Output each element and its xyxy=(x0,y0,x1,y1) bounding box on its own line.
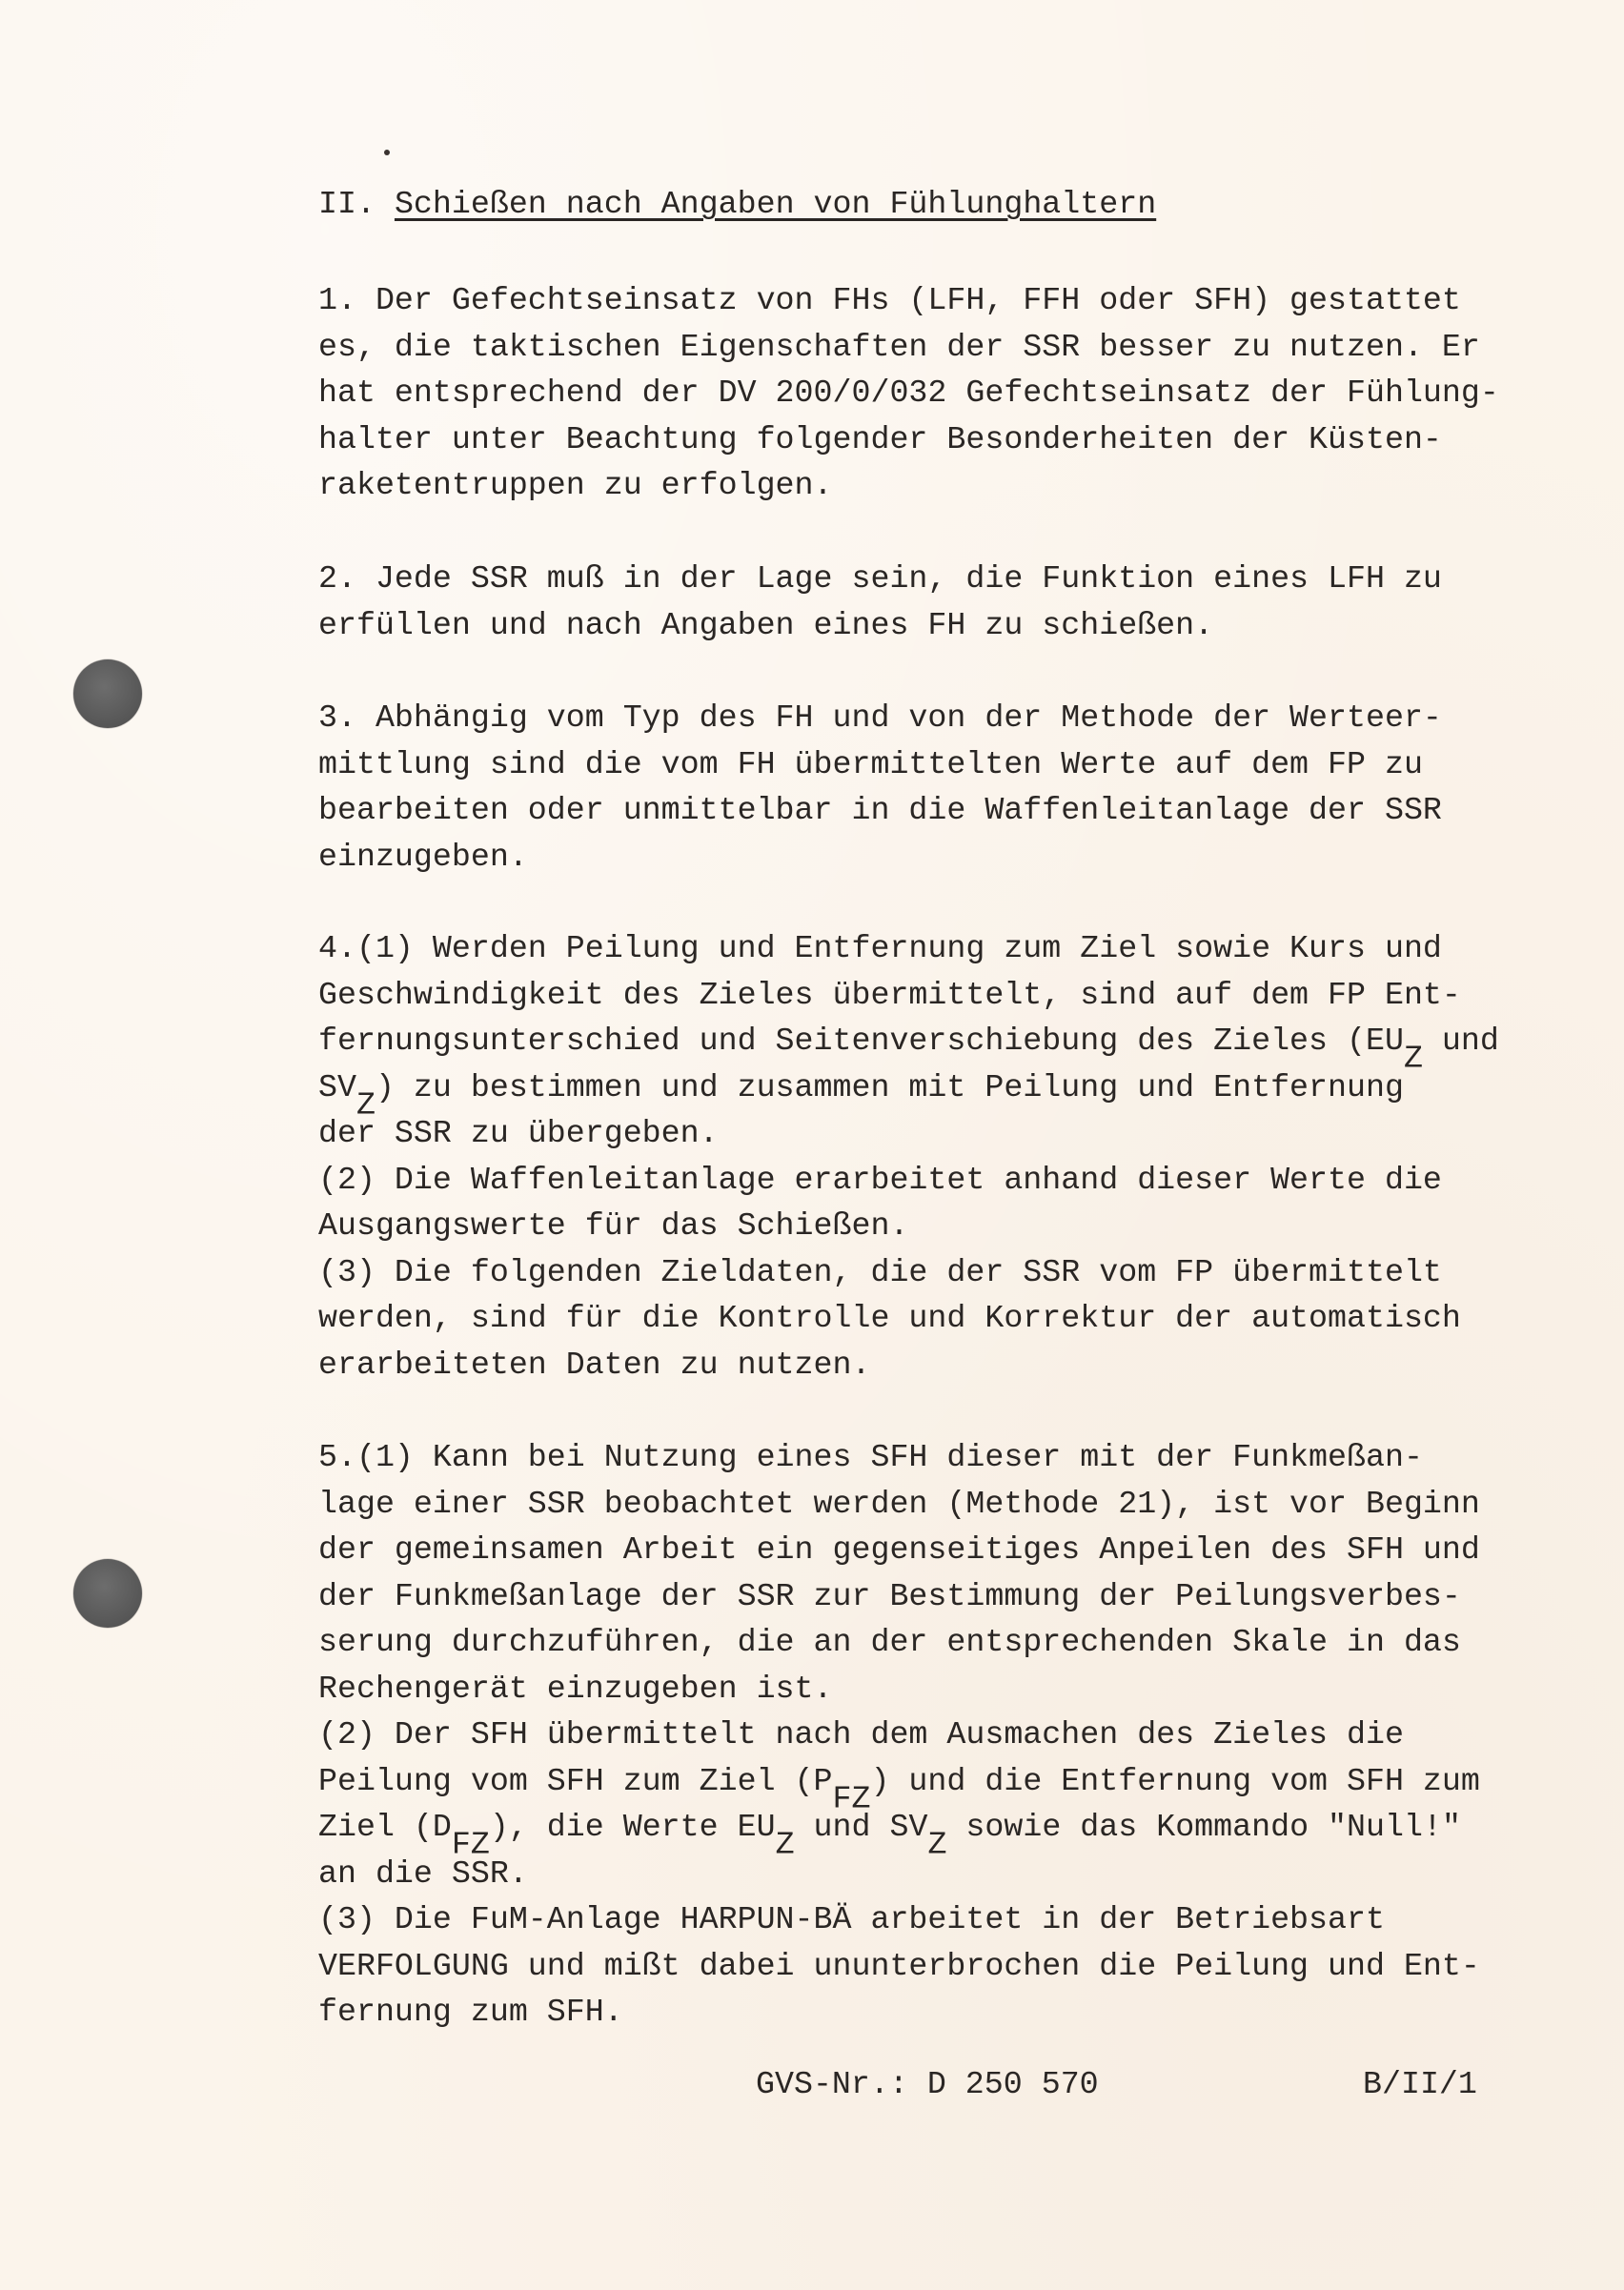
text-line: bearbeiten oder unmittelbar in die Waffe… xyxy=(318,787,1442,834)
punch-hole-lower xyxy=(73,1559,142,1628)
section-heading: II. Schießen nach Angaben von Fühlunghal… xyxy=(318,181,1156,228)
text-line: an die SSR. xyxy=(318,1851,528,1897)
document-page: II. Schießen nach Angaben von Fühlunghal… xyxy=(0,0,1624,2290)
text-line: hat entsprechend der DV 200/0/032 Gefech… xyxy=(318,370,1499,416)
text-line: VERFOLGUNG und mißt dabei ununterbrochen… xyxy=(318,1943,1480,1990)
text-line: mittlung sind die vom FH übermittelten W… xyxy=(318,741,1423,788)
subscript: Z xyxy=(776,1826,795,1862)
text-line: 3. Abhängig vom Typ des FH und von der M… xyxy=(318,695,1442,741)
subscript: Z xyxy=(927,1826,946,1862)
text-line: Ausgangswerte für das Schießen. xyxy=(318,1203,908,1249)
text-line: der gemeinsamen Arbeit ein gegenseitiges… xyxy=(318,1527,1480,1573)
text-line: halter unter Beachtung folgender Besonde… xyxy=(318,416,1442,463)
text-line: es, die taktischen Eigenschaften der SSR… xyxy=(318,324,1480,371)
text-line: serung durchzuführen, die an der entspre… xyxy=(318,1619,1461,1666)
text-line: 4.(1) Werden Peilung und Entfernung zum … xyxy=(318,925,1442,972)
text-line: einzugeben. xyxy=(318,834,528,881)
text-line: Peilung vom SFH zum Ziel (PFZ) und die E… xyxy=(318,1758,1480,1805)
text-line: Geschwindigkeit des Zieles übermittelt, … xyxy=(318,972,1461,1019)
text-line: Ziel (DFZ), die Werte EUZ und SVZ sowie … xyxy=(318,1804,1461,1851)
document-body: II. Schießen nach Angaben von Fühlunghal… xyxy=(318,0,395,139)
text-line: der Funkmeßanlage der SSR zur Bestimmung… xyxy=(318,1573,1461,1620)
text-line: (2) Der SFH übermittelt nach dem Ausmach… xyxy=(318,1712,1404,1758)
text-line: lage einer SSR beobachtet werden (Method… xyxy=(318,1481,1480,1528)
section-title: Schießen nach Angaben von Fühlunghaltern xyxy=(395,186,1156,222)
text-line: 5.(1) Kann bei Nutzung eines SFH dieser … xyxy=(318,1434,1423,1481)
subscript: Z xyxy=(1404,1040,1423,1076)
text-line: fernungsunterschied und Seitenverschiebu… xyxy=(318,1018,1499,1064)
text-line: 2. Jede SSR muß in der Lage sein, die Fu… xyxy=(318,556,1442,602)
footer-document-number: GVS-Nr.: D 250 570 xyxy=(756,2066,1099,2102)
text-line: SVZ) zu bestimmen und zusammen mit Peilu… xyxy=(318,1064,1404,1111)
text-line: Rechengerät einzugeben ist. xyxy=(318,1666,833,1712)
text-line: 1. Der Gefechtseinsatz von FHs (LFH, FFH… xyxy=(318,277,1461,324)
ink-speck xyxy=(384,150,390,155)
text-line: fernung zum SFH. xyxy=(318,1989,623,2036)
text-line: (3) Die FuM-Anlage HARPUN-BÄ arbeitet in… xyxy=(318,1896,1385,1943)
text-line: (2) Die Waffenleitanlage erarbeitet anha… xyxy=(318,1157,1442,1204)
text-line: werden, sind für die Kontrolle und Korre… xyxy=(318,1295,1461,1342)
text-line: (3) Die folgenden Zieldaten, die der SSR… xyxy=(318,1249,1442,1296)
punch-hole-upper xyxy=(73,659,142,728)
section-number: II. xyxy=(318,186,376,222)
text-line: erfüllen und nach Angaben eines FH zu sc… xyxy=(318,602,1213,649)
text-line: raketentruppen zu erfolgen. xyxy=(318,462,833,509)
footer-page-reference: B/II/1 xyxy=(1363,2066,1477,2102)
text-line: der SSR zu übergeben. xyxy=(318,1110,719,1157)
text-line: erarbeiteten Daten zu nutzen. xyxy=(318,1342,870,1388)
